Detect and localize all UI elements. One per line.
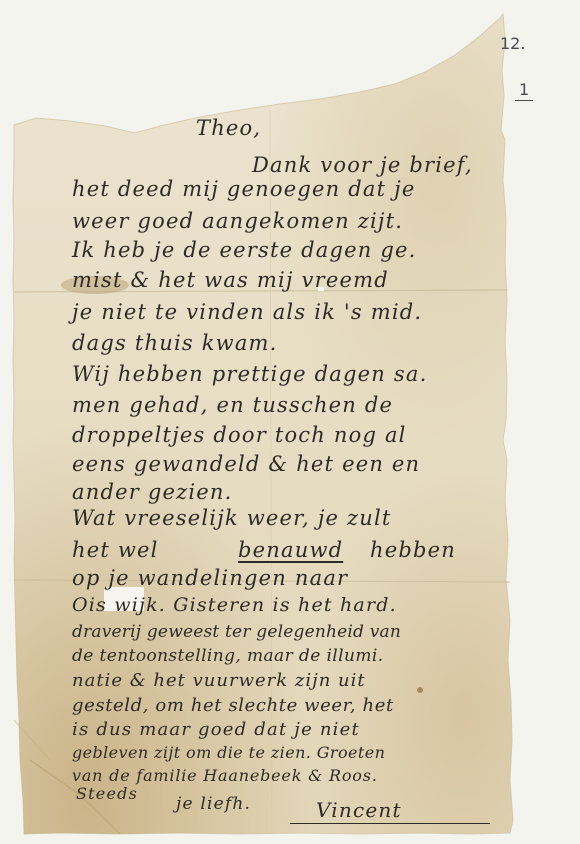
- letter-line: weer goed aangekomen zijt.: [72, 211, 403, 232]
- signature: Vincent: [316, 800, 402, 820]
- letter-line: eens gewandeld & het een en: [72, 454, 420, 475]
- letter-line: Ois wijk. Gisteren is het hard.: [72, 596, 397, 615]
- salutation: Theo,: [196, 118, 261, 139]
- letter-line: van de familie Haanebeek & Roos.: [72, 768, 378, 784]
- letter-line: men gehad, en tusschen de: [72, 395, 393, 416]
- document-viewer: 12. 1 Theo, Dank voor je brief, het deed…: [0, 0, 580, 844]
- closing-phrase: je liefh.: [176, 796, 251, 813]
- closing-word: Steeds: [76, 786, 138, 802]
- letter-line: Dank voor je brief,: [252, 155, 473, 176]
- letter-line: is dus maar goed dat je niet: [72, 721, 360, 739]
- letter-line: draverij geweest ter gelegenheid van: [72, 624, 401, 641]
- letter-line: Wij hebben prettige dagen sa.: [72, 364, 427, 385]
- letter-line: Wat vreeselijk weer, je zult: [72, 508, 392, 529]
- letter-line: droppeltjes door toch nog al: [72, 425, 407, 446]
- letter-line: natie & het vuurwerk zijn uit: [72, 672, 366, 690]
- letter-line: het wel: [72, 540, 159, 561]
- letter-line: hebben: [370, 540, 456, 561]
- letter-line: de tentoonstelling, maar de illumi.: [72, 648, 384, 665]
- letter-line: dags thuis kwam.: [72, 333, 278, 354]
- signature-underline: [290, 823, 490, 824]
- archive-number: 12.: [500, 34, 525, 53]
- letter-line: gesteld, om het slechte weer, het: [72, 697, 394, 715]
- letter-line: ander gezien.: [72, 482, 233, 503]
- letter-line: het deed mij genoegen dat je: [72, 179, 415, 200]
- letter-line: op je wandelingen naar: [72, 568, 348, 589]
- page-number: 1: [515, 80, 533, 101]
- letter-line: Ik heb je de eerste dagen ge.: [72, 240, 417, 261]
- letter-line: mist & het was mij vreemd: [72, 270, 389, 291]
- letter-line: gebleven zijt om die te zien. Groeten: [72, 745, 385, 761]
- letter-text: 12. 1 Theo, Dank voor je brief, het deed…: [0, 0, 580, 844]
- underlined-word: benauwd: [238, 540, 343, 561]
- letter-line: je niet te vinden als ik 's mid.: [72, 302, 422, 323]
